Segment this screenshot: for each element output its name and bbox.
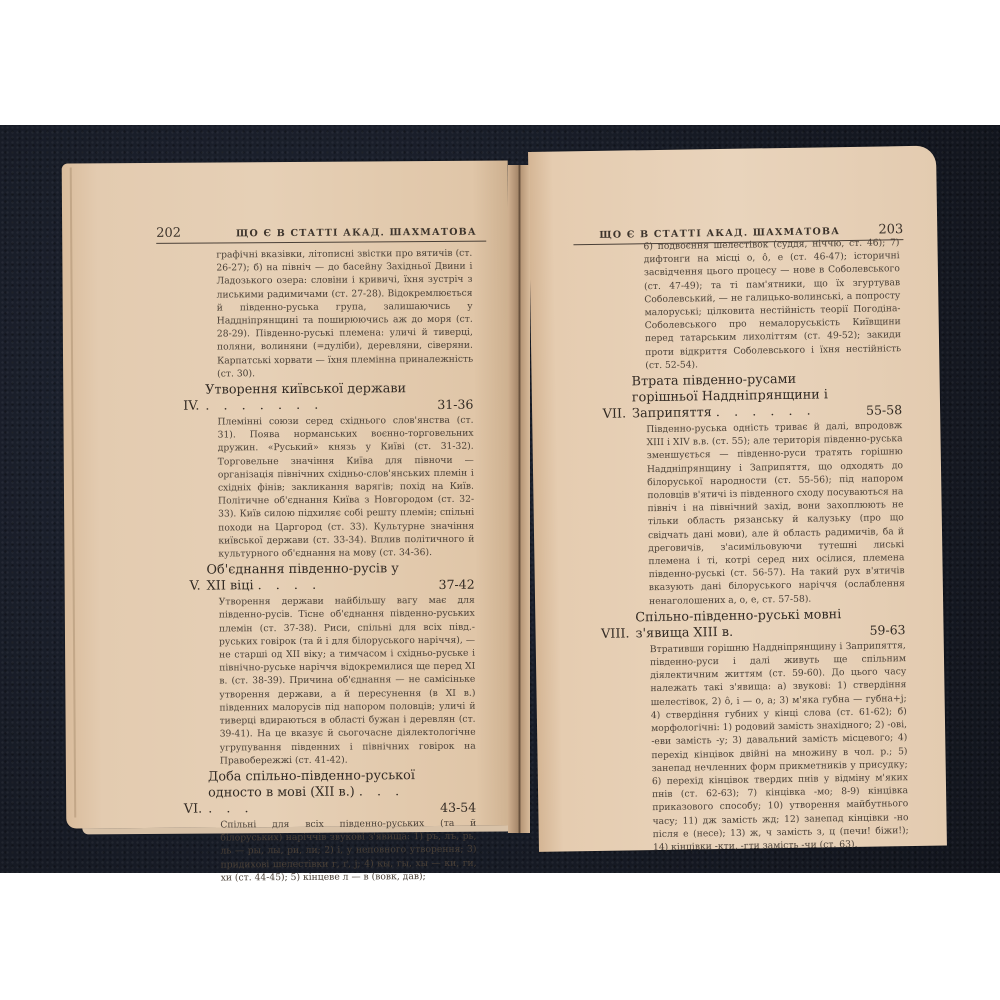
page-content: графічні вказівки, літописні звістки про… [160,247,476,887]
page-content: 6) подвоєння шелестівок (суддя, ніччю, с… [581,236,909,857]
toc-entry-vii: VII. Втрата південно-русами горішньої На… [584,370,903,423]
section-number: VIII. [587,626,635,643]
running-head: 202 ЩО Є В СТАТТІ АКАД. ШАХМАТОВА [156,224,486,244]
toc-entry-v: V. Об'єднання південно-русів у XII віці … [162,561,474,595]
section-summary: Південно-руська одність триває й далі, в… [646,419,905,608]
page-fold-line [70,167,77,817]
section-title: Спільно-південно-руські мовні з'явища XI… [635,607,849,642]
section-summary: Спільні для всіх південно-руських (та й … [220,817,476,885]
section-pages: 55-58 [846,402,902,419]
right-page: ЩО Є В СТАТТІ АКАД. ШАХМАТОВА 203 6) под… [528,146,947,852]
intro-paragraph: графічні вказівки, літописні звістки про… [216,247,473,381]
section-pages: 43-54 [420,800,476,816]
book-spine-gutter [508,165,530,833]
section-pages: 31-36 [417,397,473,413]
section-title: Утворення київської держави . . . . . . … [205,381,417,414]
section-number: VI. [164,801,208,817]
continuation-paragraph: 6) подвоєння шелестівок (суддя, ніччю, с… [643,236,901,372]
toc-entry-viii: VIII. Спільно-південно-руські мовні з'яв… [587,606,905,643]
section-number: IV. [161,399,205,415]
section-summary: Племінні союзи серед східнього слов'янст… [217,414,474,561]
section-title: Втрата південно-русами горішньої Наддніп… [632,371,847,422]
toc-entry-vi: VI. Доба спільно-південно-руської одност… [164,768,476,818]
section-title: Об'єднання південно-русів у XII віці . .… [206,561,418,594]
page-number: 203 [878,222,903,237]
section-number: VII. [584,406,632,423]
page-number: 202 [156,226,181,241]
left-page: 202 ЩО Є В СТАТТІ АКАД. ШАХМАТОВА графіч… [62,160,513,828]
section-pages: 37-42 [419,577,475,593]
running-head-title: ЩО Є В СТАТТІ АКАД. ШАХМАТОВА [236,227,477,240]
toc-entry-iv: IV. Утворення київської держави . . . . … [161,381,473,415]
section-number: V. [163,579,207,595]
section-pages: 59-63 [849,622,905,639]
section-summary: Втративши горішню Наддніпрянщину і Запри… [650,639,909,854]
section-title: Доба спільно-південно-руської односто в … [208,768,420,817]
section-summary: Утворення держави найбільшу вагу має для… [219,594,476,767]
